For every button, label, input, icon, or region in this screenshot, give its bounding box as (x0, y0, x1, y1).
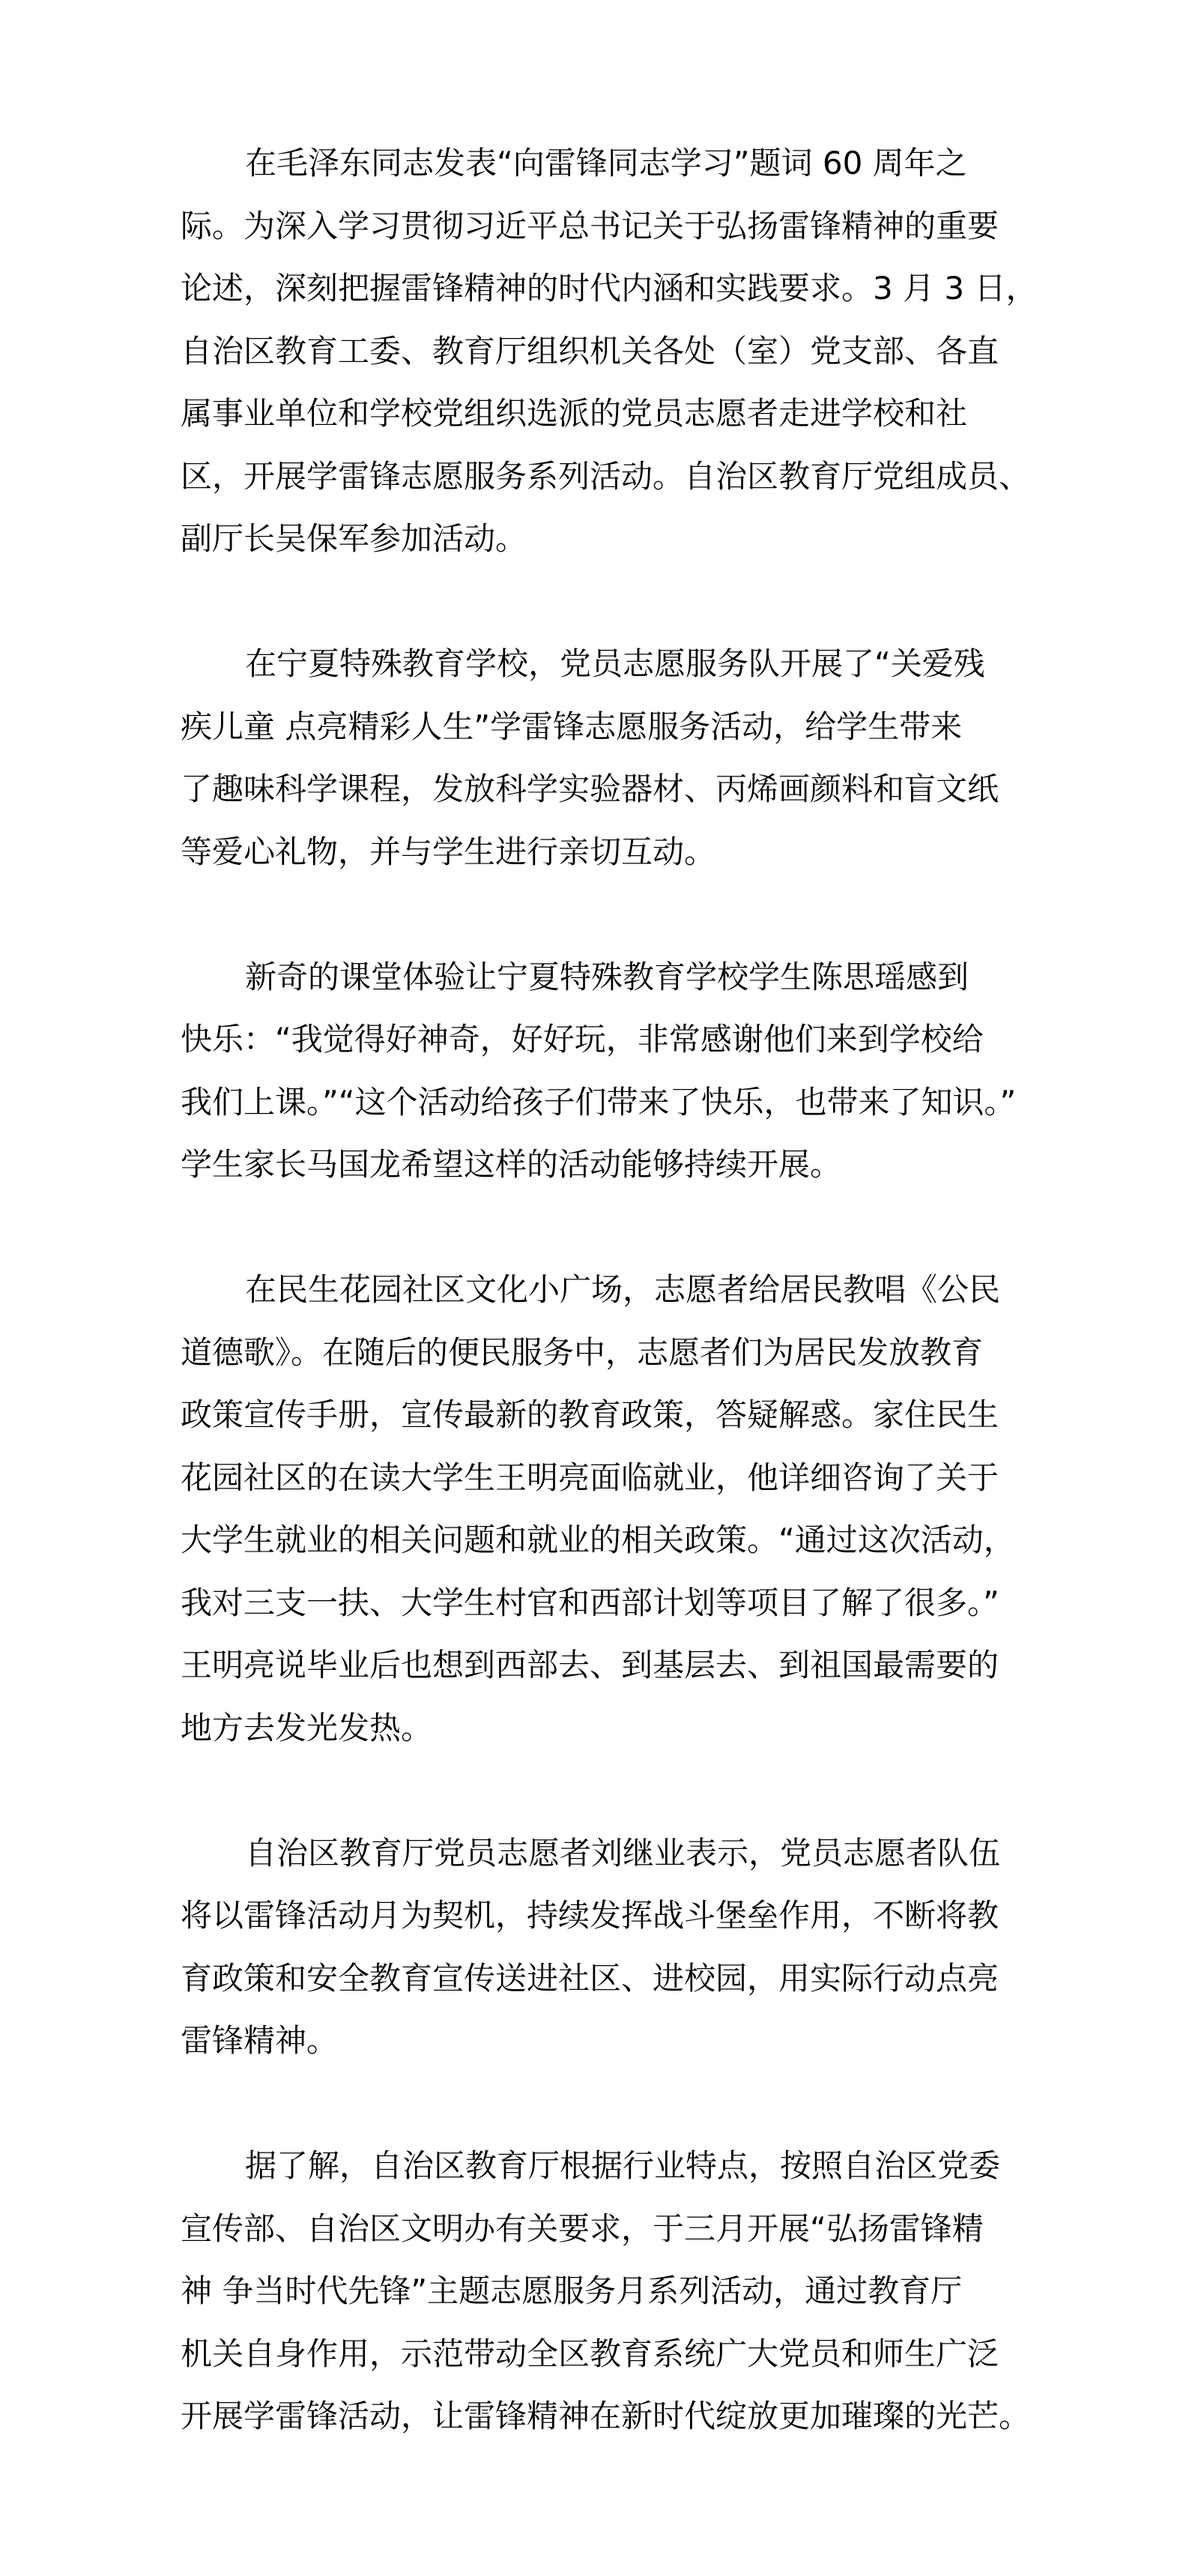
paragraph-closing: 据了解，自治区教育厅根据行业特点，按照自治区党委 宣传部、自治区文明办有关要求，… (181, 2135, 1012, 2448)
text-line: 际。为深入学习贯彻习近平总书记关于弘扬雷锋精神的重要 (181, 195, 1012, 258)
text-line: 大学生就业的相关问题和就业的相关政策。“通过这次活动， (181, 1509, 1012, 1572)
text-line: 育政策和安全教育宣传送进社区、进校园，用实际行动点亮 (181, 1947, 1012, 2010)
text-line: 政策宣传手册，宣传最新的教育政策，答疑解惑。家住民生 (181, 1384, 1012, 1447)
text-line: 道德歌》。在随后的便民服务中，志愿者们为居民发放教育 (181, 1321, 1012, 1384)
text-line: 了趣味科学课程，发放科学实验器材、丙烯画颜料和盲文纸 (181, 758, 1012, 821)
text-line: 王明亮说毕业后也想到西部去、到基层去、到祖国最需要的 (181, 1634, 1012, 1697)
paragraph-community-service: 在民生花园社区文化小广场，志愿者给居民教唱《公民 道德歌》。在随后的便民服务中，… (181, 1258, 1012, 1759)
text-line: 属事业单位和学校党组织选派的党员志愿者走进学校和社 (181, 382, 1012, 445)
text-line: 雷锋精神。 (181, 2009, 1012, 2072)
text-line: 副厅长吴保军参加活动。 (181, 507, 1012, 570)
text-line: 我对三支一扶、大学生村官和西部计划等项目了解了很多。” (181, 1572, 1012, 1635)
text-line: 花园社区的在读大学生王明亮面临就业，他详细咨询了关于 (181, 1447, 1012, 1509)
text-line: 区，开展学雷锋志愿服务系列活动。自治区教育厅党组成员、 (181, 445, 1012, 508)
article-body: 在毛泽东同志发表“向雷锋同志学习”题词 60 周年之 际。为深入学习贯彻习近平总… (181, 132, 1012, 2510)
paragraph-opening: 在毛泽东同志发表“向雷锋同志学习”题词 60 周年之 际。为深入学习贯彻习近平总… (181, 132, 1012, 570)
text-line: 机关自身作用，示范带动全区教育系统广大党员和师生广泛 (181, 2323, 1012, 2386)
text-line: 自治区教育工委、教育厅组织机关各处（室）党支部、各直 (181, 320, 1012, 383)
text-line: 在宁夏特殊教育学校，党员志愿服务队开展了“关爱残 (181, 633, 1012, 696)
paragraph-student-feedback: 新奇的课堂体验让宁夏特殊教育学校学生陈思瑶感到 快乐：“我觉得好神奇，好好玩，非… (181, 946, 1012, 1196)
text-line: 论述，深刻把握雷锋精神的时代内涵和实践要求。3 月 3 日， (181, 257, 1012, 320)
paragraph-special-school: 在宁夏特殊教育学校，党员志愿服务队开展了“关爱残 疾儿童 点亮精彩人生”学雷锋志… (181, 633, 1012, 883)
text-line: 我们上课。”“这个活动给孩子们带来了快乐，也带来了知识。” (181, 1071, 1012, 1134)
text-line: 疾儿童 点亮精彩人生”学雷锋志愿服务活动，给学生带来 (181, 696, 1012, 758)
text-line: 等爱心礼物，并与学生进行亲切互动。 (181, 821, 1012, 884)
text-line: 宣传部、自治区文明办有关要求，于三月开展“弘扬雷锋精 (181, 2198, 1012, 2260)
paragraph-volunteer-statement: 自治区教育厅党员志愿者刘继业表示，党员志愿者队伍 将以雷锋活动月为契机，持续发挥… (181, 1822, 1012, 2072)
text-line: 学生家长马国龙希望这样的活动能够持续开展。 (181, 1133, 1012, 1196)
text-line: 将以雷锋活动月为契机，持续发挥战斗堡垒作用，不断将教 (181, 1884, 1012, 1947)
text-line: 神 争当时代先锋”主题志愿服务月系列活动，通过教育厅 (181, 2260, 1012, 2323)
text-line: 在毛泽东同志发表“向雷锋同志学习”题词 60 周年之 (181, 132, 1012, 195)
text-line: 新奇的课堂体验让宁夏特殊教育学校学生陈思瑶感到 (181, 946, 1012, 1009)
text-line: 快乐：“我觉得好神奇，好好玩，非常感谢他们来到学校给 (181, 1008, 1012, 1071)
text-line: 在民生花园社区文化小广场，志愿者给居民教唱《公民 (181, 1258, 1012, 1321)
text-line: 自治区教育厅党员志愿者刘继业表示，党员志愿者队伍 (181, 1822, 1012, 1885)
text-line: 开展学雷锋活动，让雷锋精神在新时代绽放更加璀璨的光芒。 (181, 2385, 1012, 2448)
text-line: 据了解，自治区教育厅根据行业特点，按照自治区党委 (181, 2135, 1012, 2198)
text-line: 地方去发光发热。 (181, 1697, 1012, 1760)
